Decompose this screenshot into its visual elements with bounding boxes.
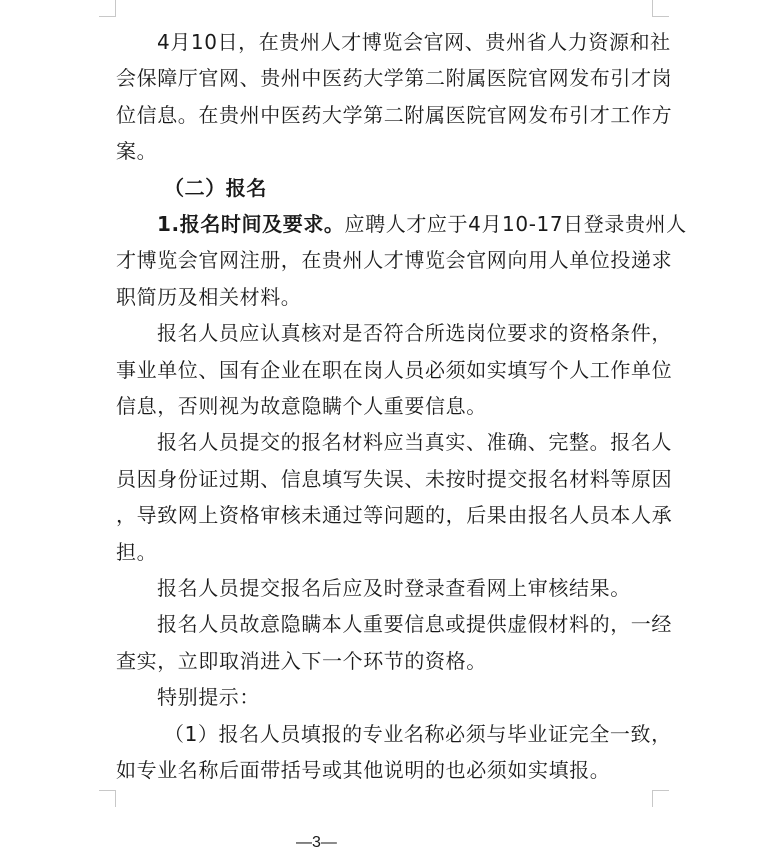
paragraph-line: 报名人员提交的报名材料应当真实、准确、完整。报名人 (157, 424, 672, 460)
paragraph-line: 特别提示： (157, 679, 260, 715)
paragraph-line: 位信息。在贵州中医药大学第二附属医院官网发布引才工作方 (116, 97, 672, 133)
paragraph-line: 才博览会官网注册，在贵州人才博览会官网向用人单位投递求 (116, 242, 672, 278)
paragraph-line: 事业单位、国有企业在职在岗人员必须如实填写个人工作单位 (116, 352, 672, 388)
paragraph-line: 报名人员提交报名后应及时登录查看网上审核结果。 (157, 570, 631, 606)
paragraph-line: 案。 (116, 133, 157, 169)
paragraph-line: 1.报名时间及要求。应聘人才应于4月10-17日登录贵州人 (157, 206, 687, 242)
corner-mark-top-right (652, 0, 669, 17)
paragraph-line: 4月10日，在贵州人才博览会官网、贵州省人力资源和社 (157, 24, 671, 60)
document-page: 4月10日，在贵州人才博览会官网、贵州省人力资源和社 会保障厅官网、贵州中医药大… (0, 0, 765, 866)
paragraph-line: 报名人员应认真核对是否符合所选岗位要求的资格条件， (157, 315, 672, 351)
paragraph-line: 员因身份证过期、信息填写失误、未按时提交报名材料等原因 (116, 461, 672, 497)
paragraph-line: 信息，否则视为故意隐瞒个人重要信息。 (116, 388, 487, 424)
paragraph-line: 职简历及相关材料。 (116, 279, 301, 315)
paragraph-line: 如专业名称后面带括号或其他说明的也必须如实填报。 (116, 752, 610, 788)
paragraph-line: ，导致网上资格审核未通过等问题的，后果由报名人员本人承 (116, 497, 672, 533)
paragraph-line: 担。 (116, 534, 157, 570)
subheading-bold: 1.报名时间及要求。 (157, 212, 345, 236)
corner-mark-bottom-right (652, 790, 669, 807)
paragraph-line: 会保障厅官网、贵州中医药大学第二附属医院官网发布引才岗 (116, 60, 672, 96)
paragraph-text: 应聘人才应于4月10-17日登录贵州人 (345, 212, 687, 236)
paragraph-line: 查实，立即取消进入下一个环节的资格。 (116, 643, 487, 679)
section-heading: （二）报名 (164, 170, 267, 206)
paragraph-line: 报名人员故意隐瞒本人重要信息或提供虚假材料的，一经 (157, 606, 672, 642)
corner-mark-bottom-left (99, 790, 116, 807)
page-number: —3— (296, 834, 337, 852)
paragraph-line: （1）报名人员填报的专业名称必须与毕业证完全一致， (164, 716, 672, 752)
corner-mark-top-left (99, 0, 116, 17)
